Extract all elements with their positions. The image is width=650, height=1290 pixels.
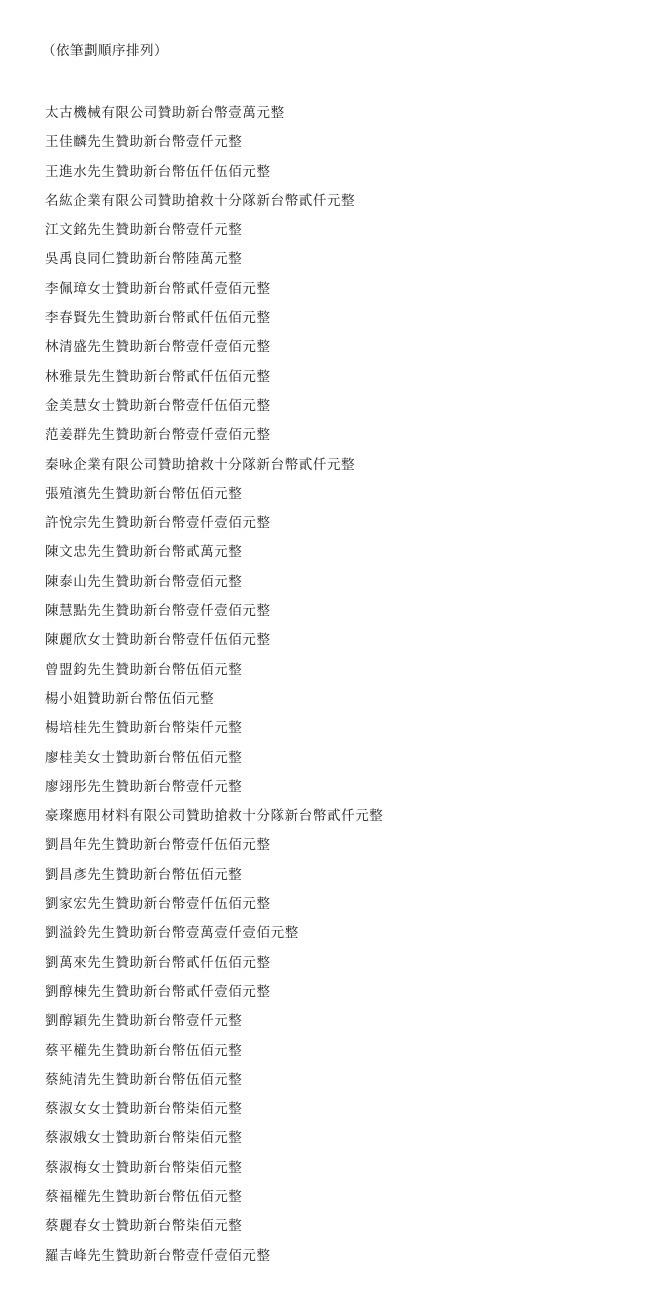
document-page: （依筆劃順序排列） 太古機械有限公司贊助新台幣壹萬元整王佳麟先生贊助新台幣壹仟元… — [0, 0, 650, 1290]
donor-line: 羅吉峰先生贊助新台幣壹仟壹佰元整 — [45, 1241, 630, 1270]
donor-line: 蔡淑梅女士贊助新台幣柒佰元整 — [45, 1153, 630, 1182]
donor-line: 劉醇棟先生贊助新台幣貳仟壹佰元整 — [45, 977, 630, 1006]
donor-list: 太古機械有限公司贊助新台幣壹萬元整王佳麟先生贊助新台幣壹仟元整王進水先生贊助新台… — [45, 98, 630, 1270]
sort-order-note: （依筆劃順序排列） — [42, 39, 168, 59]
donor-line: 張殖濱先生贊助新台幣伍佰元整 — [45, 479, 630, 508]
donor-line: 陳麗欣女士贊助新台幣壹仟伍佰元整 — [45, 625, 630, 654]
donor-line: 陳文忠先生贊助新台幣貳萬元整 — [45, 537, 630, 566]
donor-line: 江文銘先生贊助新台幣壹仟元整 — [45, 215, 630, 244]
donor-line: 許悅宗先生贊助新台幣壹仟壹佰元整 — [45, 508, 630, 537]
donor-line: 劉昌彥先生贊助新台幣伍佰元整 — [45, 860, 630, 889]
donor-line: 劉萬來先生贊助新台幣貳仟伍佰元整 — [45, 948, 630, 977]
donor-line: 名紘企業有限公司贊助搶救十分隊新台幣貳仟元整 — [45, 186, 630, 215]
donor-line: 蔡平權先生贊助新台幣伍佰元整 — [45, 1036, 630, 1065]
donor-line: 蔡淑娥女士贊助新台幣柒佰元整 — [45, 1123, 630, 1152]
donor-line: 劉溢鈴先生贊助新台幣壹萬壹仟壹佰元整 — [45, 918, 630, 947]
donor-line: 楊小姐贊助新台幣伍佰元整 — [45, 684, 630, 713]
donor-line: 林清盛先生贊助新台幣壹仟壹佰元整 — [45, 332, 630, 361]
donor-line: 林雅景先生贊助新台幣貳仟伍佰元整 — [45, 362, 630, 391]
donor-line: 豪璨應用材料有限公司贊助搶救十分隊新台幣貳仟元整 — [45, 801, 630, 830]
donor-line: 太古機械有限公司贊助新台幣壹萬元整 — [45, 98, 630, 127]
donor-line: 范姜群先生贊助新台幣壹仟壹佰元整 — [45, 420, 630, 449]
donor-line: 劉昌年先生贊助新台幣壹仟伍佰元整 — [45, 830, 630, 859]
donor-line: 蔡福權先生贊助新台幣伍佰元整 — [45, 1182, 630, 1211]
donor-line: 李佩璋女士贊助新台幣貳仟壹佰元整 — [45, 274, 630, 303]
donor-line: 王進水先生贊助新台幣伍仟伍佰元整 — [45, 157, 630, 186]
donor-line: 王佳麟先生贊助新台幣壹仟元整 — [45, 127, 630, 156]
donor-line: 金美慧女士贊助新台幣壹仟伍佰元整 — [45, 391, 630, 420]
donor-line: 蔡純清先生贊助新台幣伍佰元整 — [45, 1065, 630, 1094]
donor-line: 曾盟鈞先生贊助新台幣伍佰元整 — [45, 655, 630, 684]
donor-line: 劉家宏先生贊助新台幣壹仟伍佰元整 — [45, 889, 630, 918]
donor-line: 蔡麗春女士贊助新台幣柒佰元整 — [45, 1211, 630, 1240]
donor-line: 陳慧點先生贊助新台幣壹仟壹佰元整 — [45, 596, 630, 625]
donor-line: 蔡淑女女士贊助新台幣柒佰元整 — [45, 1094, 630, 1123]
donor-line: 廖翊彤先生贊助新台幣壹仟元整 — [45, 772, 630, 801]
donor-line: 陳泰山先生贊助新台幣壹佰元整 — [45, 567, 630, 596]
donor-line: 楊培桂先生贊助新台幣柒仟元整 — [45, 713, 630, 742]
donor-line: 秦咏企業有限公司贊助搶救十分隊新台幣貳仟元整 — [45, 450, 630, 479]
donor-line: 廖桂美女士贊助新台幣伍佰元整 — [45, 743, 630, 772]
donor-line: 李春賢先生贊助新台幣貳仟伍佰元整 — [45, 303, 630, 332]
donor-line: 劉醇穎先生贊助新台幣壹仟元整 — [45, 1006, 630, 1035]
donor-line: 吳禹良同仁贊助新台幣陸萬元整 — [45, 244, 630, 273]
